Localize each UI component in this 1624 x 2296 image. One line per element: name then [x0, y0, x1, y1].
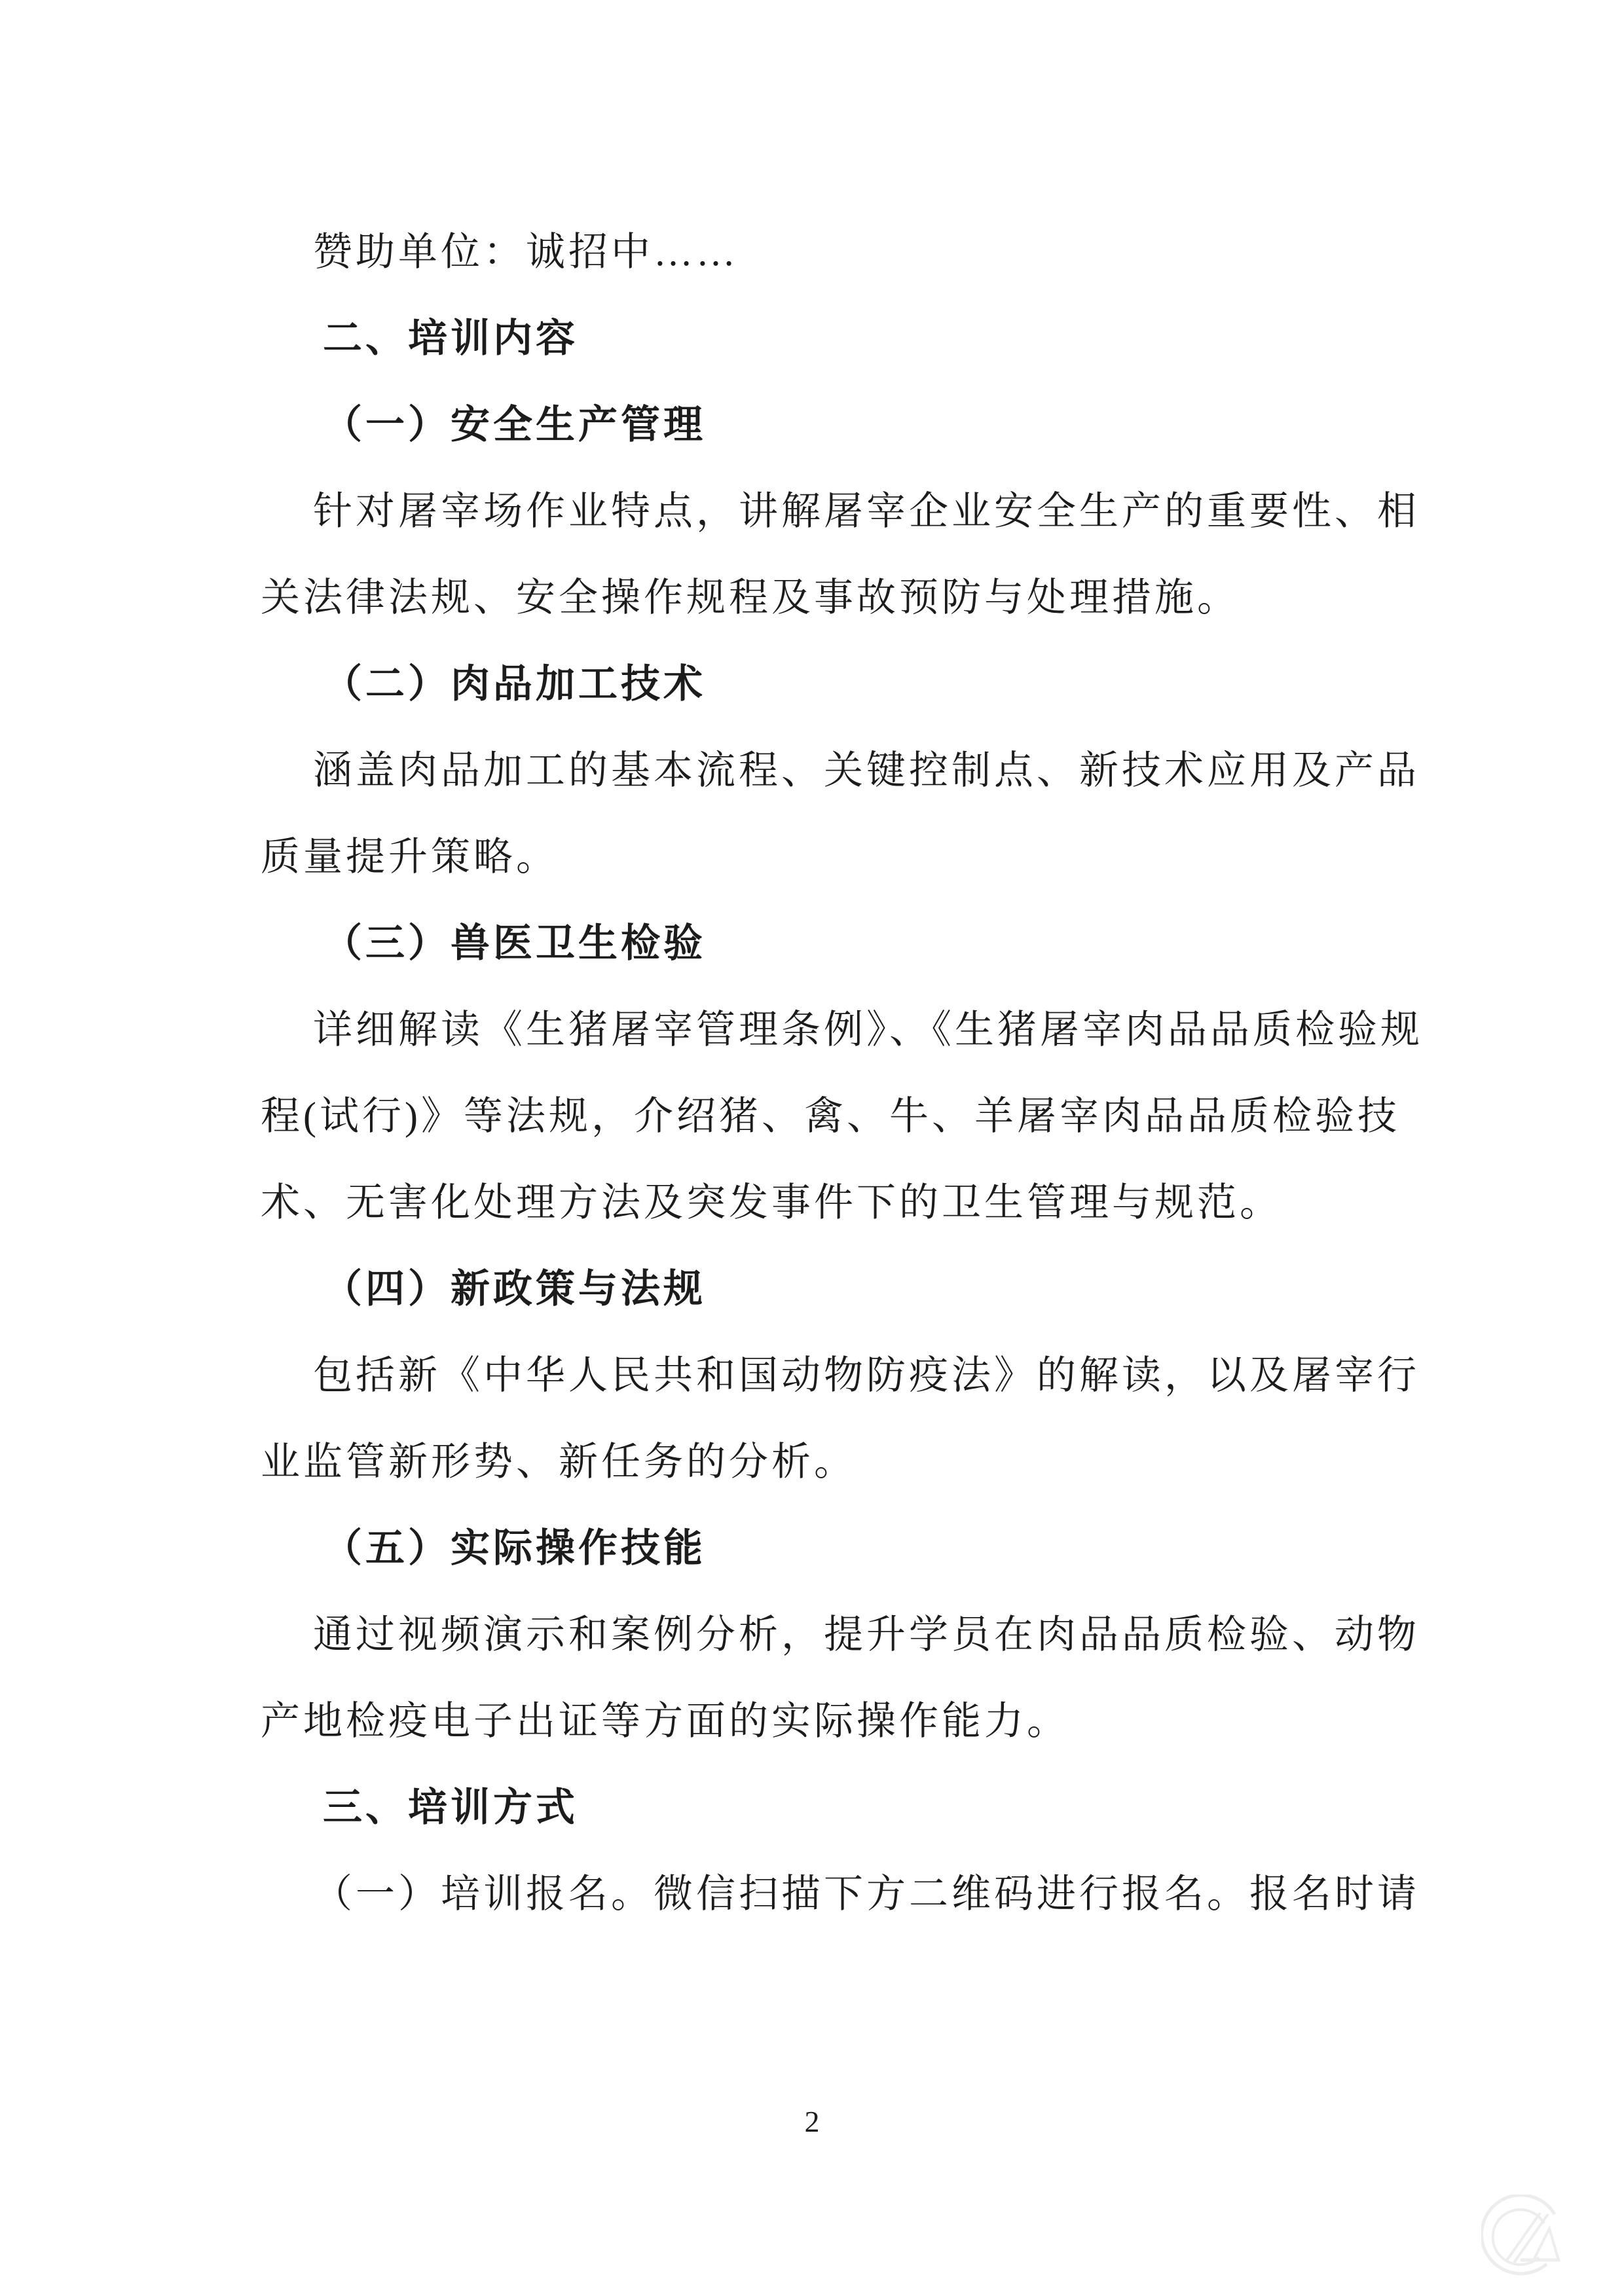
subheading-new-policies: （四）新政策与法规 [261, 1246, 1374, 1332]
body-line: 关法律法规、安全操作规程及事故预防与处理措施。 [261, 555, 1374, 641]
body-line: 质量提升策略。 [261, 814, 1374, 900]
body-line: 术、无害化处理方法及突发事件下的卫生管理与规范。 [261, 1159, 1374, 1246]
body-line: 业监管新形势、新任务的分析。 [261, 1419, 1374, 1505]
body-line: 针对屠宰场作业特点，讲解屠宰企业安全生产的重要性、相 [261, 468, 1374, 555]
document-body: 赞助单位：诚招中…… 二、培训内容 （一）安全生产管理 针对屠宰场作业特点，讲解… [261, 209, 1374, 1937]
subheading-veterinary-inspection: （三）兽医卫生检验 [261, 900, 1374, 987]
subheading-safety-production: （一）安全生产管理 [261, 382, 1374, 468]
sponsor-line: 赞助单位：诚招中…… [261, 209, 1374, 295]
body-line: 涵盖肉品加工的基本流程、关键控制点、新技术应用及产品 [261, 727, 1374, 814]
page-number: 2 [0, 2104, 1624, 2139]
watermark-logo-icon [1481, 2195, 1568, 2281]
heading-training-method: 三、培训方式 [261, 1764, 1374, 1851]
body-line: 产地检疫电子出证等方面的实际操作能力。 [261, 1678, 1374, 1764]
heading-training-content: 二、培训内容 [261, 295, 1374, 382]
body-line: （一）培训报名。微信扫描下方二维码进行报名。报名时请 [261, 1851, 1374, 1937]
body-line: 通过视频演示和案例分析，提升学员在肉品品质检验、动物 [261, 1592, 1374, 1678]
body-line: 包括新《中华人民共和国动物防疫法》的解读，以及屠宰行 [261, 1332, 1374, 1419]
document-page: 赞助单位：诚招中…… 二、培训内容 （一）安全生产管理 针对屠宰场作业特点，讲解… [0, 0, 1624, 2296]
body-line: 程(试行)》等法规，介绍猪、禽、牛、羊屠宰肉品品质检验技 [261, 1073, 1374, 1159]
subheading-meat-processing: （二）肉品加工技术 [261, 641, 1374, 727]
body-line: 详细解读《生猪屠宰管理条例》、《生猪屠宰肉品品质检验规 [261, 987, 1374, 1073]
subheading-practical-skills: （五）实际操作技能 [261, 1505, 1374, 1592]
